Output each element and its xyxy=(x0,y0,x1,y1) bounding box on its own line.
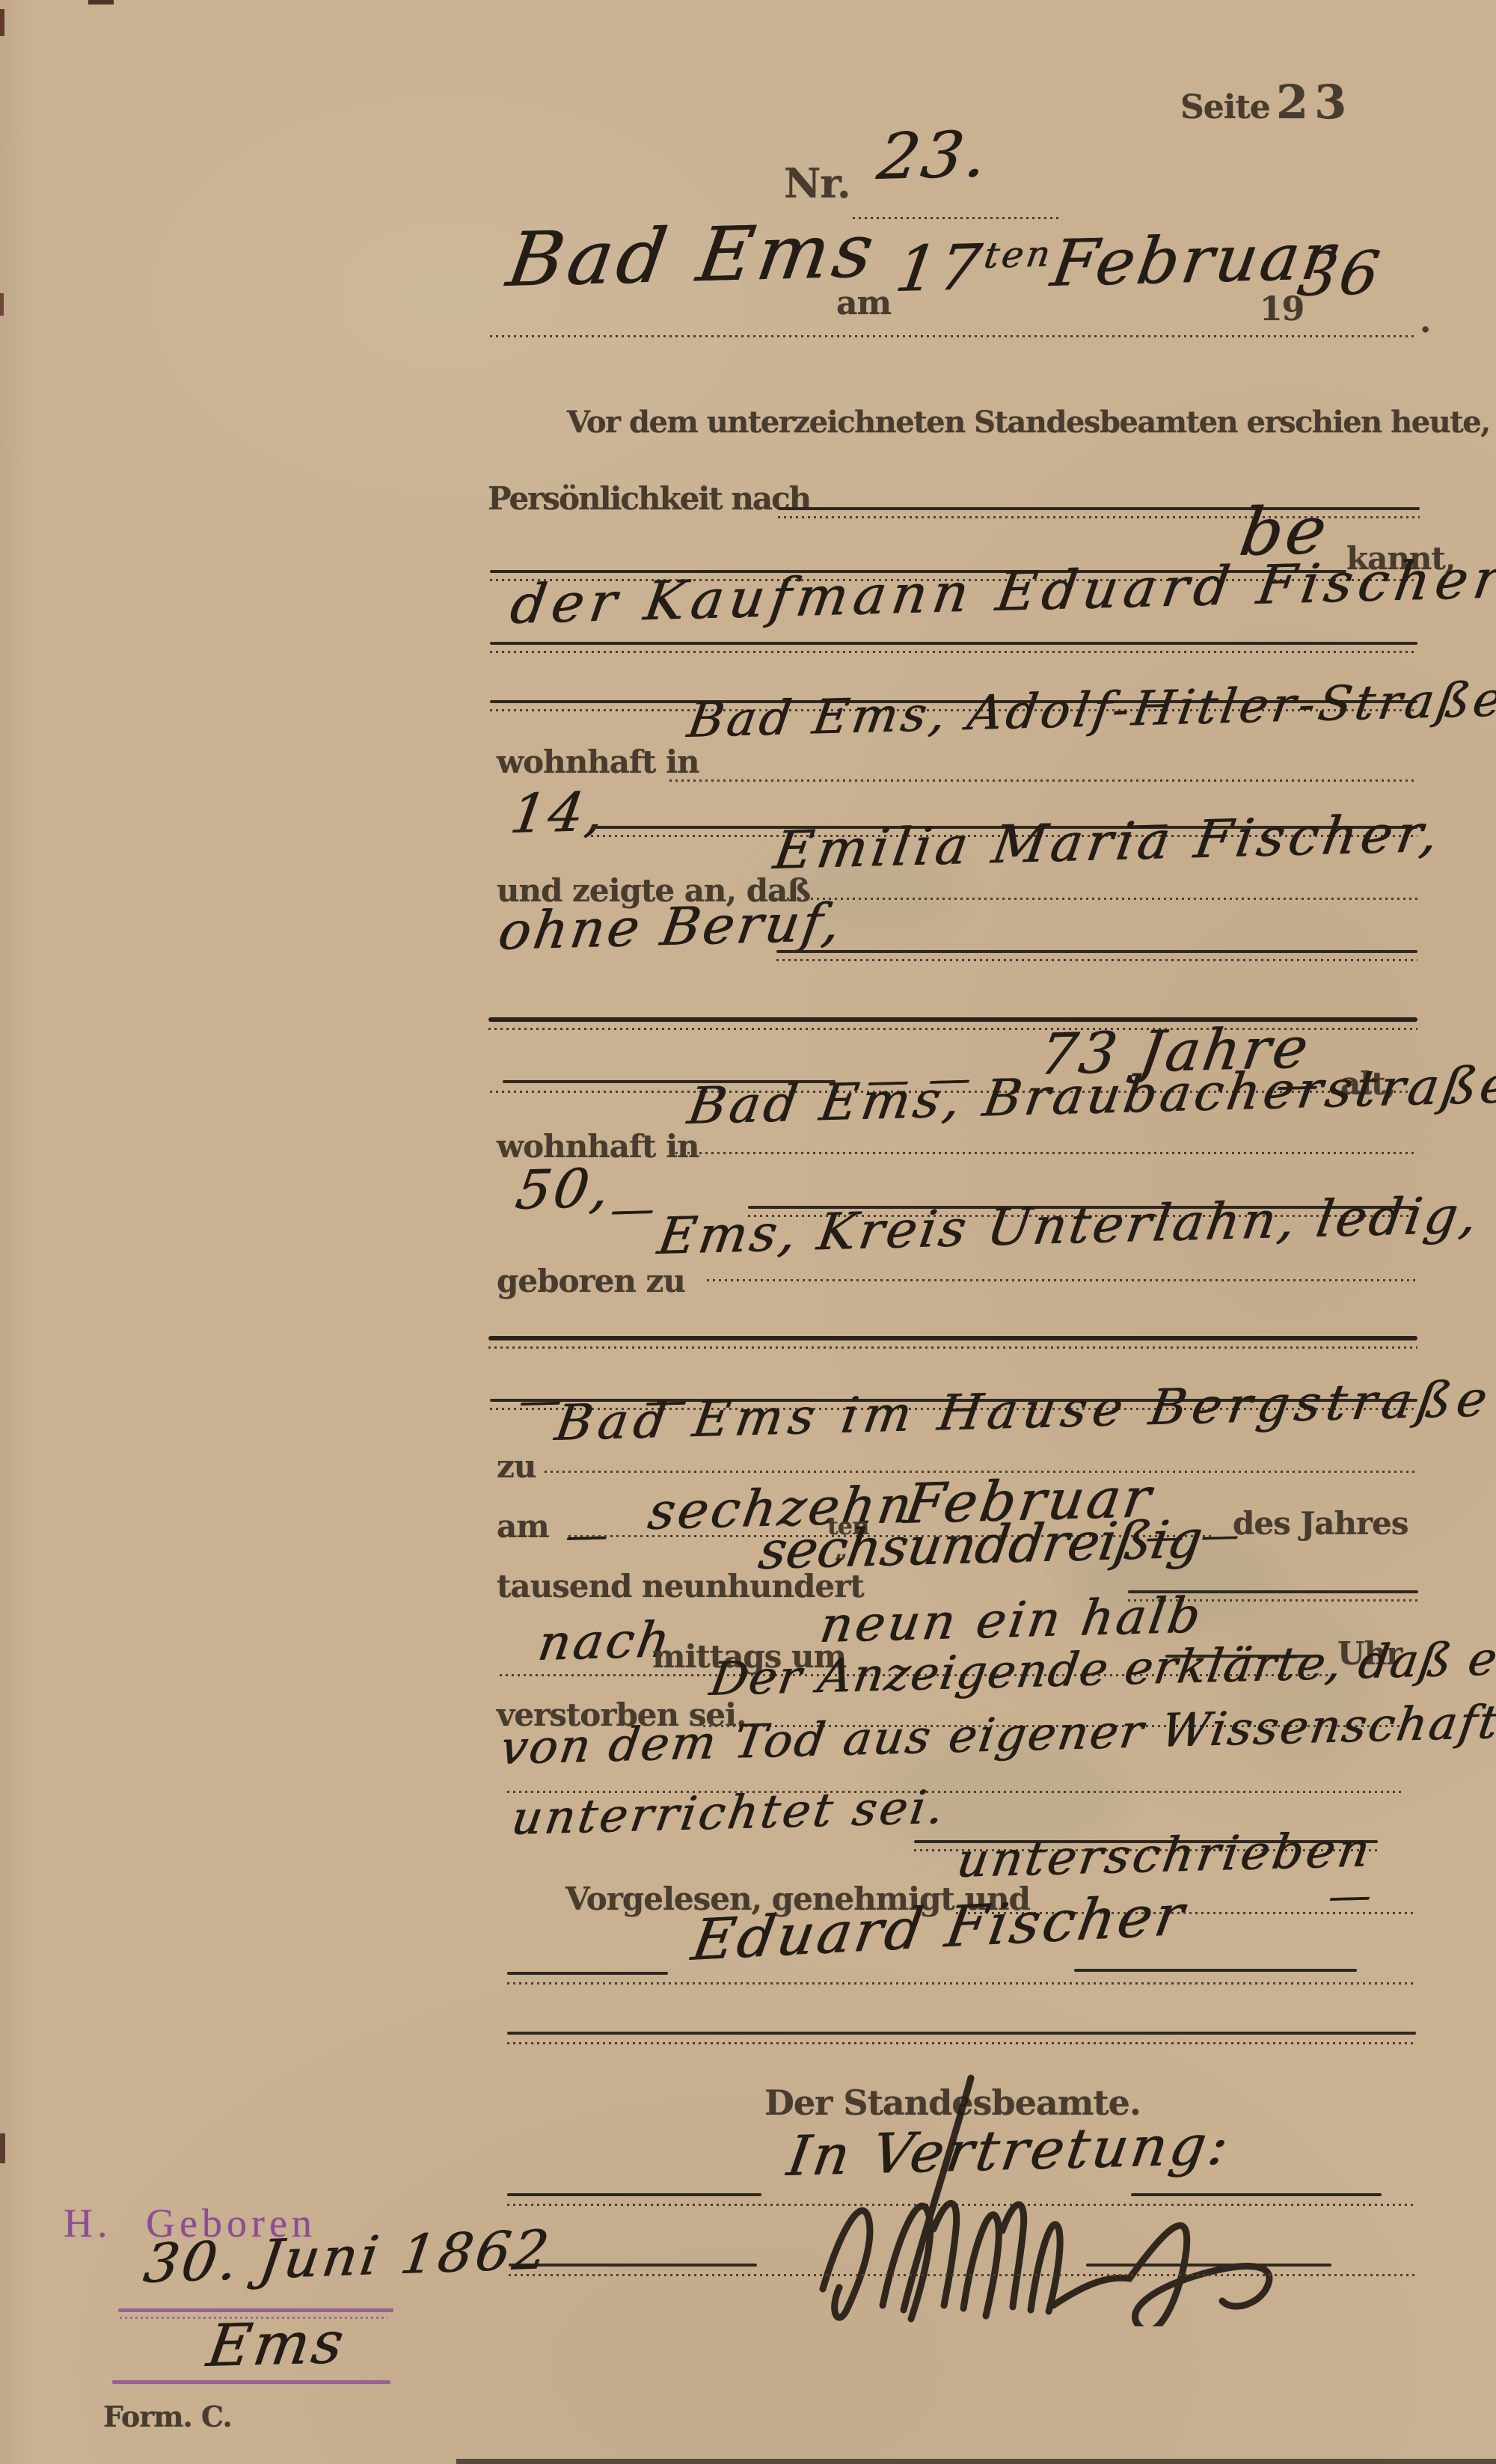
scan-artifact xyxy=(0,2133,5,2163)
dash-mark: — xyxy=(607,1186,660,1231)
form-line xyxy=(507,2032,1416,2035)
form-line xyxy=(507,1972,668,1975)
section-separator-dots xyxy=(488,1346,1417,1349)
dateline-day-number: 17 xyxy=(891,230,988,306)
form-line-dots xyxy=(707,1279,1417,1281)
birth-place-handwritten: Ems xyxy=(203,2314,349,2376)
record-number-label: Nr. xyxy=(784,163,850,203)
form-line xyxy=(1074,1969,1357,1972)
deceased-occupation: ohne Beruf, xyxy=(495,896,847,957)
dateline-place: Bad Ems xyxy=(503,213,882,298)
dateline-am-label: am xyxy=(836,287,891,320)
form-type-label: Form. C. xyxy=(103,2403,232,2431)
deceased-house-number: 50, xyxy=(512,1161,616,1217)
death-register-page: Seite 23 Nr. 23. Bad Ems am 17ten Februa… xyxy=(0,0,1496,2464)
form-line xyxy=(1086,2264,1331,2267)
death-place: Bad Ems im Hause Bergstraße 15 xyxy=(552,1372,1496,1448)
persoenlichkeit-label: Persönlichkeit nach xyxy=(488,483,810,515)
form-line xyxy=(507,2193,761,2196)
scan-artifact xyxy=(0,9,4,36)
deceased-street: Bad Ems, Braubacherstraße xyxy=(684,1060,1496,1133)
scan-artifact xyxy=(0,293,4,316)
wohnhaft-in-label: wohnhaft in xyxy=(497,747,699,778)
form-line-dots xyxy=(669,1152,1417,1154)
form-line-dots xyxy=(507,1982,1416,1985)
form-line-dots xyxy=(763,898,1417,900)
form-line-dots xyxy=(509,2274,1415,2276)
official-signature xyxy=(733,2072,1361,2326)
dateline-period: . xyxy=(1420,305,1430,338)
form-line-dots xyxy=(669,779,1417,782)
death-year: sechsunddreißig xyxy=(755,1513,1206,1577)
page-header-seite-label: Seite xyxy=(1180,91,1270,124)
birth-stamp-line xyxy=(112,2380,390,2384)
form-line-dots xyxy=(490,651,1417,653)
form-line xyxy=(776,950,1417,953)
unterschrieben-handwritten: unterschrieben xyxy=(954,1827,1375,1885)
record-number-underline xyxy=(853,217,1062,219)
declarant-street: Bad Ems, Adolf-Hitler-Straße xyxy=(684,676,1496,745)
form-line xyxy=(490,642,1417,645)
am2-label: am xyxy=(497,1511,549,1542)
intro-text: Vor dem unterzeichneten Standesbeamten e… xyxy=(567,408,1496,438)
birth-date-handwritten: 30. Juni 1862 xyxy=(141,2222,554,2290)
zu-label: zu xyxy=(497,1451,536,1483)
form-line-dots xyxy=(776,959,1417,961)
des-jahres-label: des Jahres xyxy=(1233,1508,1408,1539)
form-line-dots xyxy=(507,2042,1416,2044)
dateline-day: 17ten xyxy=(892,234,1055,301)
scan-artifact xyxy=(88,0,114,4)
deceased-name: Emilia Maria Fischer, xyxy=(770,807,1446,877)
page-number: 23 xyxy=(1276,79,1352,126)
dateline-day-suffix: ten xyxy=(981,233,1055,277)
dateline-year-written: 36 xyxy=(1294,243,1385,305)
section-separator xyxy=(488,1336,1417,1340)
dateline-underline xyxy=(490,335,1417,337)
geboren-zu-label: geboren zu xyxy=(497,1266,685,1297)
declarant-house-number: 14, xyxy=(507,785,610,841)
declaration-line3: unterrichtet sei. xyxy=(509,1784,949,1842)
scan-artifact xyxy=(456,2459,1496,2464)
deceased-birth-info: Ems, Kreis Unterlahn, ledig, xyxy=(654,1190,1483,1263)
declarant-name: der Kaufmann Eduard Fischer, xyxy=(507,551,1496,631)
record-number-value: 23. xyxy=(874,123,994,189)
